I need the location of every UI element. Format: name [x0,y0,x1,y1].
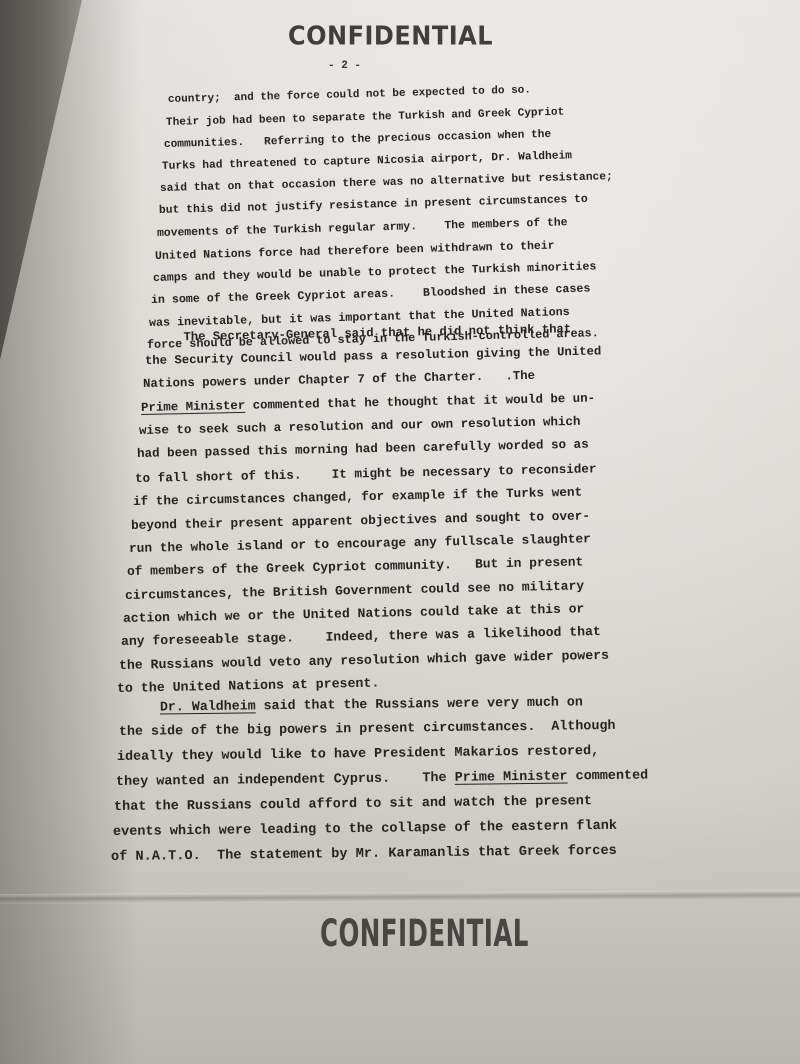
confidential-header-stamp: CONFIDENTIAL [288,21,493,51]
underlined-name: Prime Minister [141,399,246,415]
confidential-footer-stamp: CONFIDENTIAL [320,912,529,956]
underlined-name: Dr. Waldheim [160,698,256,714]
underlined-name: Prime Minister [454,769,567,785]
page-number: - 2 - [328,60,361,72]
